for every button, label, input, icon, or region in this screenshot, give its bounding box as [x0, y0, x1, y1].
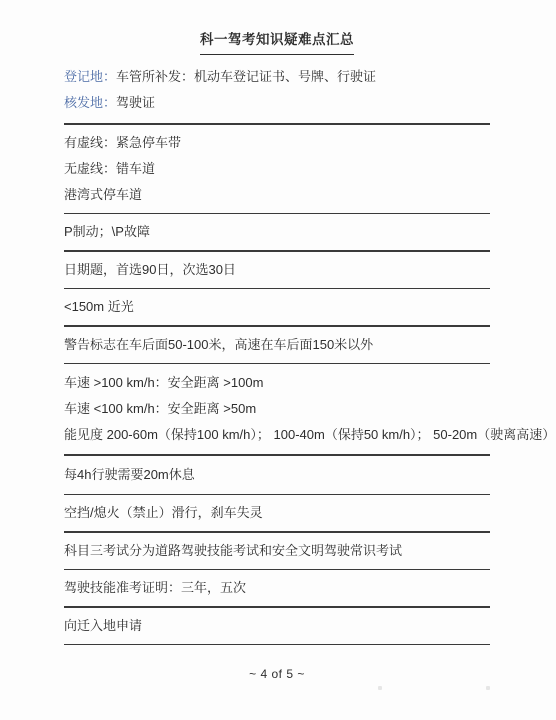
field-value-registration: 车管所补发：机动车登记证书、号牌、行驶证 — [116, 69, 376, 84]
field-value-issue: 驾驶证 — [116, 95, 155, 110]
document-page: 科一驾考知识疑难点汇总 登记地：车管所补发：机动车登记证书、号牌、行驶证 核发地… — [0, 0, 556, 720]
note-row: 每4h行驶需要20m休息 — [64, 462, 490, 488]
note-row: <150m 近光 — [64, 294, 490, 320]
section-relocation-application: 向迁入地申请 — [64, 608, 490, 644]
section-issuing-places: 登记地：车管所补发：机动车登记证书、号牌、行驶证 核发地：驾驶证 — [64, 55, 490, 123]
field-label-issue-place: 核发地： — [64, 95, 116, 110]
page-number: ~ 4 of 5 ~ — [64, 661, 490, 687]
note-row: 警告标志在车后面50-100米，高速在车后面150米以外 — [64, 332, 490, 358]
note-row: 驾驶技能准考证明：三年，五次 — [64, 575, 490, 601]
document-header: 科一驾考知识疑难点汇总 — [64, 28, 490, 55]
note-row: 日期题，首选90日，次选30日 — [64, 257, 490, 283]
section-coasting-rule: 空挡/熄火（禁止）滑行，刹车失灵 — [64, 495, 490, 531]
section-speed-distances: 车速 >100 km/h：安全距离 >100m 车速 <100 km/h：安全距… — [64, 364, 490, 454]
note-row: 车速 >100 km/h：安全距离 >100m — [64, 370, 490, 396]
section-subject-three: 科目三考试分为道路驾驶技能考试和安全文明驾驶常识考试 — [64, 533, 490, 569]
section-exam-certificate: 驾驶技能准考证明：三年，五次 — [64, 570, 490, 606]
note-row: 港湾式停车道 — [64, 182, 490, 208]
section-warning-sign-distance: 警告标志在车后面50-100米，高速在车后面150米以外 — [64, 327, 490, 363]
scan-artifact-speck — [486, 686, 490, 690]
field-label-registration-place: 登记地： — [64, 69, 116, 84]
section-date-questions: 日期题，首选90日，次选30日 — [64, 252, 490, 288]
note-row: 向迁入地申请 — [64, 613, 490, 639]
section-rest-rule: 每4h行驶需要20m休息 — [64, 456, 490, 494]
scan-artifact-speck — [378, 686, 382, 690]
page-title: 科一驾考知识疑难点汇总 — [200, 28, 354, 55]
note-row: 无虚线：错车道 — [64, 156, 490, 182]
section-low-beam: <150m 近光 — [64, 289, 490, 325]
note-row: 车速 <100 km/h：安全距离 >50m — [64, 396, 490, 422]
section-lane-lines: 有虚线：紧急停车带 无虚线：错车道 港湾式停车道 — [64, 125, 490, 213]
note-row: 科目三考试分为道路驾驶技能考试和安全文明驾驶常识考试 — [64, 538, 490, 564]
section-brake-indicators: P制动；\P故障 — [64, 214, 490, 250]
note-row: 能见度 200-60m（保持100 km/h）； 100-40m（保持50 km… — [64, 422, 490, 448]
section-divider — [64, 644, 490, 646]
note-row: 登记地：车管所补发：机动车登记证书、号牌、行驶证 — [64, 64, 490, 90]
note-row: 有虚线：紧急停车带 — [64, 130, 490, 156]
note-row: 核发地：驾驶证 — [64, 90, 490, 116]
note-row: 空挡/熄火（禁止）滑行，刹车失灵 — [64, 500, 490, 526]
note-row: P制动；\P故障 — [64, 219, 490, 245]
